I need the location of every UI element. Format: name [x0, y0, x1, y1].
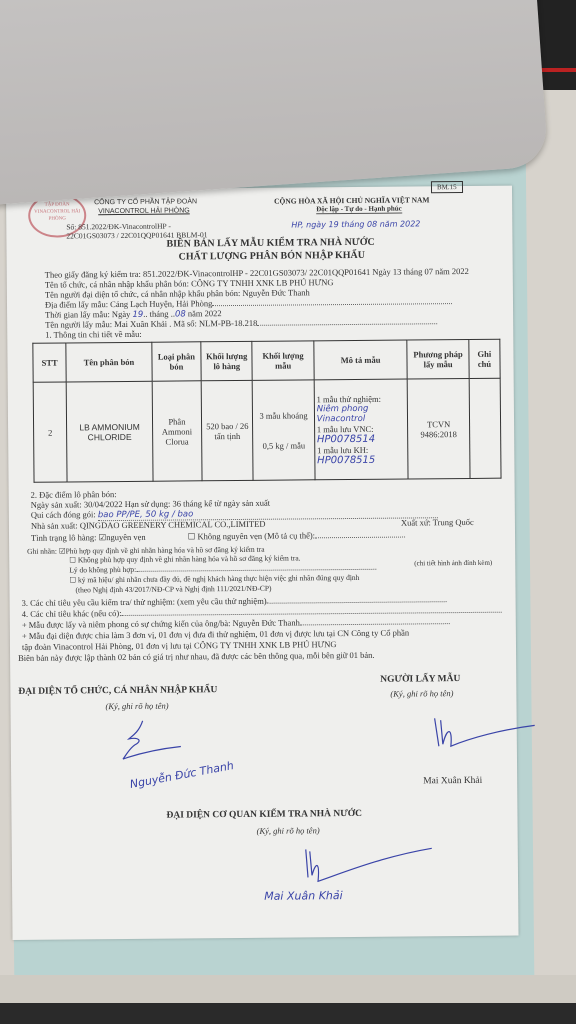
label-not-ok-checkbox[interactable]: ☐: [69, 555, 76, 564]
manufacturer-line: Nhà sản xuất: QINGDAO GREENERY CHEMICAL …: [31, 519, 266, 531]
org-line1: CÔNG TY CỔ PHẦN TẬP ĐOÀN: [94, 198, 197, 206]
date-line: HP, ngày 19 tháng 08 năm 2022: [291, 219, 420, 229]
org-line2: VINACONTROL HẢI PHÒNG: [98, 207, 190, 215]
importer-sign-sub: (Ký, ghi rõ họ tên): [105, 701, 168, 712]
lot-status-line: Tình trạng lô hàng: ☑nguyên vẹn ☐ Không …: [31, 530, 405, 544]
desk-edge: [0, 975, 576, 1004]
importer-signature: [121, 718, 201, 769]
title-line2: CHẤT LƯỢNG PHÂN BÓN NHẬP KHẨU: [179, 250, 365, 263]
sampler-signature: [431, 715, 541, 756]
split-line: + Mẫu đại diện được chia làm 3 đơn vị, 0…: [22, 627, 409, 640]
importer-sign-title: ĐẠI DIỆN TỔ CHỨC, CÁ NHÂN NHẬP KHẨU: [18, 685, 217, 697]
not-intact-checkbox[interactable]: ☐: [188, 531, 196, 541]
label-attach: (chi tiết hình ảnh đính kèm): [414, 559, 492, 568]
location-line: Địa điểm lấy mẫu: Cảng Lạch Huyện, Hải P…: [45, 296, 452, 310]
copies-line: Biên bản này được lập thành 02 bản có gi…: [18, 650, 375, 663]
document-page: BM.15 TẬP ĐOÀN VINACONTROL HẢI PHÒNG CÔN…: [6, 186, 519, 940]
desk-shadow: [0, 1003, 576, 1024]
sample-table: STT Tên phân bón Loại phân bón Khối lượn…: [32, 339, 501, 483]
authority-sign-sub: (Ký, ghi rõ họ tên): [257, 825, 320, 836]
origin-line: Xuất xứ: Trung Quốc: [401, 517, 474, 528]
section1-title: 1. Thông tin chi tiết về mẫu:: [45, 329, 141, 340]
form-code: BM.15: [431, 181, 463, 193]
sampler-sign-sub: (Ký, ghi rõ họ tên): [390, 688, 453, 699]
marking-checkbox[interactable]: ☐: [69, 575, 76, 584]
sampler-sign-title: NGƯỜI LẤY MẪU: [380, 674, 460, 685]
table-header-row: STT Tên phân bón Loại phân bón Khối lượn…: [33, 339, 500, 382]
authority-handwritten-name: Mai Xuân Khải: [264, 889, 343, 903]
table-row: 2 LB AMMONIUM CHLORIDE Phân Ammoni Cloru…: [33, 378, 501, 482]
country-line2: Độc lập - Tự do - Hạnh phúc: [316, 205, 402, 215]
title-line1: BIÊN BẢN LẤY MẪU KIỂM TRA NHÀ NƯỚC: [166, 237, 374, 250]
sampler-line: Tên người lấy mẫu: Mai Xuân Khải . Mã số…: [45, 316, 437, 329]
decree-line: (theo Nghị định 43/2017/NĐ-CP và Nghị đị…: [75, 584, 271, 595]
marking-incomplete: ☐ ký mã hiệu/ ghi nhãn chưa đầy đủ, đề n…: [69, 573, 359, 585]
sampler-name: Mai Xuân Khải: [423, 776, 482, 787]
authority-sign-title: ĐẠI DIỆN CƠ QUAN KIỂM TRA NHÀ NƯỚC: [166, 809, 362, 821]
